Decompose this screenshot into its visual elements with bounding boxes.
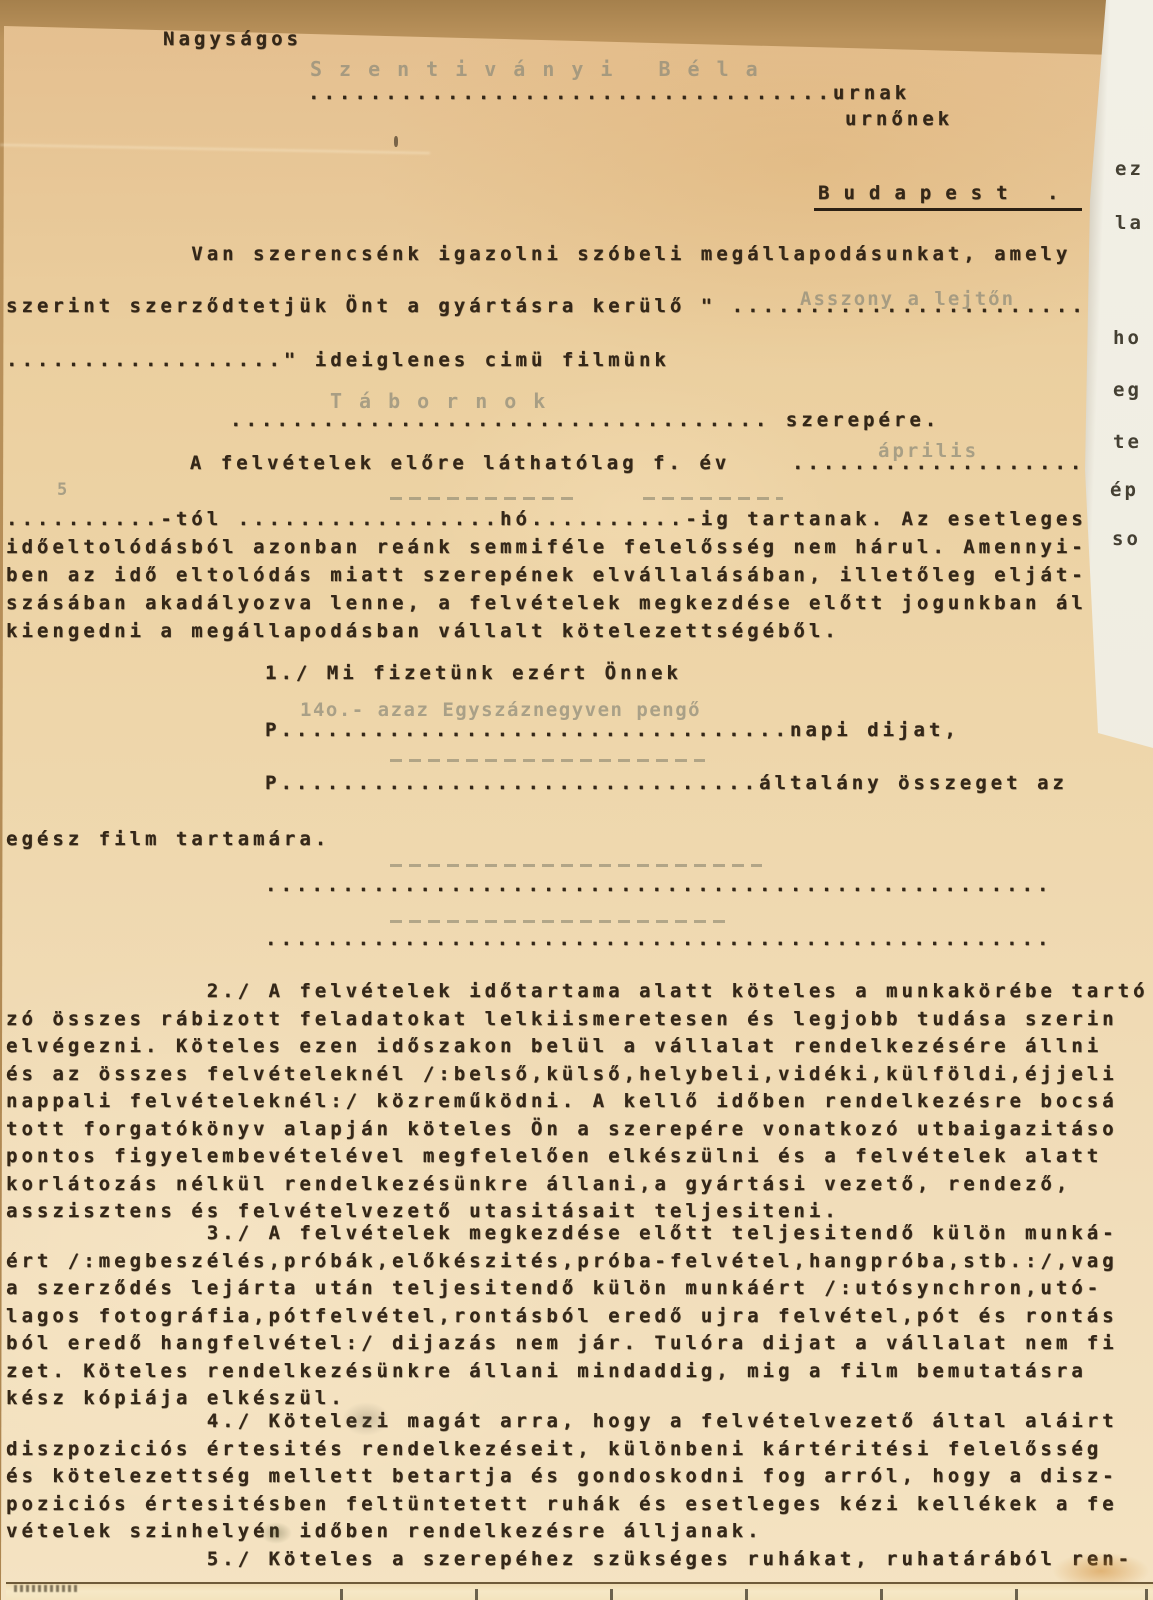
blank-dotted-line: ........................................… [265,874,1052,896]
blank-dotted-line: ........................................… [265,928,1052,950]
typed-line: elvégezni. Köteles ezen időszakon belül … [6,1035,1148,1063]
margin-note-faint: 5 [57,479,71,501]
lump-sum-continuation: egész film tartamára. [6,828,330,850]
typed-line: 4./ Kötelezi magát arra, hogy a felvétel… [6,1410,1133,1438]
typed-line: kiengedni a megállapodásban vállalt köte… [6,620,1087,648]
typed-line: 5./ Köteles a szerepéhez szükséges ruhák… [6,1548,1133,1576]
intro-line-1: Van szerencsénk igazolni szóbeli megálla… [6,243,1071,265]
date-line: A felvételek előre láthatólag f. év ....… [20,452,1132,474]
typed-line: zó összes rábizott feladatokat lelkiisme… [6,1008,1148,1036]
typed-line: diszpoziciós értesités rendelkezéseit, k… [6,1438,1133,1466]
typed-line: 2./ A felvételek időtartama alatt kötele… [6,980,1148,1008]
addressee-alt: urnőnek [845,108,953,130]
tick-mark [340,1589,343,1600]
faint-dash-line [390,497,580,500]
typed-line: vételek szinhelyén időben rendelkezésre … [6,1520,1133,1548]
faint-dash-line [390,759,705,762]
paragraph-2: 2./ A felvételek időtartama alatt kötele… [6,980,1148,1228]
tick-mark [880,1589,883,1600]
typed-line: a szerződés lejárta után teljesitendő kü… [6,1277,1118,1305]
typed-line: lagos fotográfia,pótfelvétel,rontásból e… [6,1305,1118,1333]
fragment-text: eg [1113,379,1142,401]
fragment-text: la [1115,212,1144,234]
faint-dash-line [643,497,783,500]
fragment-text: ez [1115,158,1144,180]
typed-line: zet. Köteles rendelkezésünkre állani min… [6,1360,1118,1388]
typed-line: szásában akadályozva lenne, a felvételek… [6,592,1087,620]
tick-mark [475,1589,478,1600]
tick-mark [610,1589,613,1600]
intro-line-3: .................." ideiglenes cimü film… [6,349,670,371]
tick-mark [745,1589,748,1600]
salutation: Nagyságos [163,28,302,50]
role-dotted-line: ................................... szer… [230,409,940,431]
ink-speck [394,136,398,147]
typed-line: és az összes felvételeknél /:belső,külső… [6,1063,1148,1091]
paper-stain [342,1402,390,1436]
fragment-text: te [1113,431,1142,453]
typed-line: időeltolódásból azonban reánk semmiféle … [6,536,1087,564]
fragment-text: ép [1110,479,1139,501]
amount-faint: 14o.- azaz Egyszáznegyven pengő [300,699,701,721]
underlying-page-edge [6,1582,1153,1600]
typed-line: ért /:megbeszélés,próbák,előkészités,pró… [6,1250,1118,1278]
paragraph-schedule: ..........-tól .................hó......… [6,508,1087,648]
typed-line: pontos figyelembevételével megfelelően e… [6,1145,1148,1173]
faint-dash-line [390,864,762,867]
typed-line: ben az idő eltolódás miatt szerepének el… [6,564,1087,592]
typed-line: 3./ A felvételek megkezdése előtt teljes… [6,1222,1118,1250]
tick-mark [1015,1589,1018,1600]
addressee-dotted-line: ..................................urnak [308,82,910,104]
illegible-print-marks [14,1585,78,1592]
typed-line: ból eredő hangfelvétel:/ dijazás nem jár… [6,1332,1118,1360]
typed-line: ..........-tól .................hó......… [6,508,1087,536]
paragraph-4-5: 4./ Kötelezi magát arra, hogy a felvétel… [6,1410,1133,1575]
typed-line: poziciós értesitésben feltüntetett ruhák… [6,1493,1133,1521]
typed-line: korlátozás nélkül rendelkezésünkre állan… [6,1173,1148,1201]
typed-line: és kötelezettség mellett betartja és gon… [6,1465,1133,1493]
scanned-contract-document: Nagyságos Szentiványi Béla .............… [0,0,1153,1600]
paper-stain [260,1522,292,1544]
faint-dash-line [390,920,730,923]
payment-item-head: 1./ Mi fizetünk ezért Önnek [265,662,682,684]
daily-fee-line: P.................................napi d… [265,719,960,741]
typed-line: tott forgatókönyv alapján köteles Ön a s… [6,1118,1148,1146]
addressee-name-faint: Szentiványi Béla [310,58,775,80]
tick-mark [1145,1589,1148,1600]
lump-sum-line: P...............................általány… [265,772,1068,794]
city-line: Budapest . [814,182,1082,211]
paragraph-3: 3./ A felvételek megkezdése előtt teljes… [6,1222,1118,1415]
fragment-text: ho [1113,327,1142,349]
typed-line: nappali felvételeknél:/ közreműködni. A … [6,1090,1148,1118]
intro-line-2: szerint szerződtetjük Önt a gyártásra ke… [6,295,1148,317]
fragment-text: so [1112,528,1141,550]
